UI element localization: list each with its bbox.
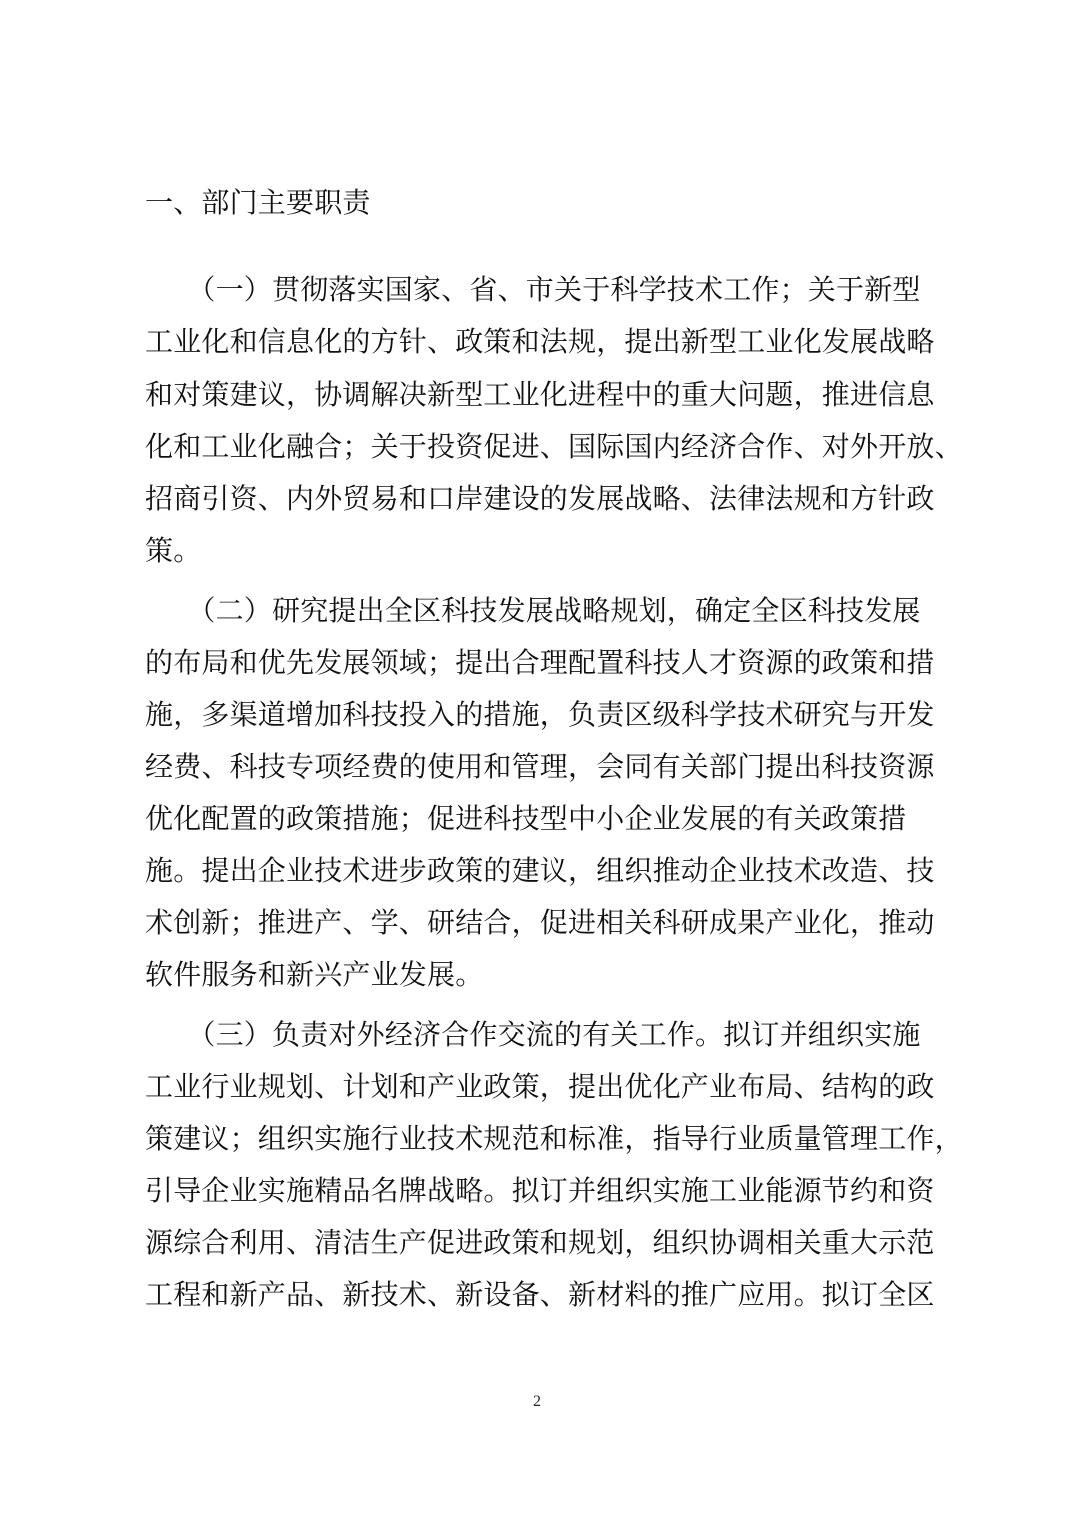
paragraph-1-line-4: 化和工业化融合；关于投资促进、国际国内经济合作、对外开放、 (145, 430, 945, 464)
paragraph-1-line-1: （一）贯彻落实国家、省、市关于科学技术工作；关于新型 (145, 273, 945, 307)
page-number: 2 (0, 1393, 1074, 1411)
document-page: 一、部门主要职责 （一）贯彻落实国家、省、市关于科学技术工作；关于新型 工业化和… (0, 0, 1074, 1520)
paragraph-2-line-8: 软件服务和新兴产业发展。 (145, 958, 945, 992)
paragraph-3-line-6: 工程和新产品、新技术、新设备、新材料的推广应用。拟订全区 (145, 1278, 945, 1312)
section-heading: 一、部门主要职责 (145, 186, 945, 220)
paragraph-2-line-6: 施。提出企业技术进步政策的建议，组织推动企业技术改造、技 (145, 854, 945, 888)
paragraph-2-line-1: （二）研究提出全区科技发展战略规划，确定全区科技发展 (145, 594, 945, 628)
paragraph-2-line-4: 经费、科技专项经费的使用和管理，会同有关部门提出科技资源 (145, 750, 945, 784)
paragraph-3-line-1: （三）负责对外经济合作交流的有关工作。拟订并组织实施 (145, 1018, 945, 1052)
paragraph-1-line-5: 招商引资、内外贸易和口岸建设的发展战略、法律法规和方针政 (145, 482, 945, 516)
paragraph-3-line-2: 工业行业规划、计划和产业政策，提出优化产业布局、结构的政 (145, 1070, 945, 1104)
paragraph-2-line-3: 施，多渠道增加科技投入的措施，负责区级科学技术研究与开发 (145, 698, 945, 732)
paragraph-1-line-2: 工业化和信息化的方针、政策和法规，提出新型工业化发展战略 (145, 325, 945, 359)
paragraph-2-line-5: 优化配置的政策措施；促进科技型中小企业发展的有关政策措 (145, 802, 945, 836)
paragraph-2-line-2: 的布局和优先发展领域；提出合理配置科技人才资源的政策和措 (145, 646, 945, 680)
paragraph-3-line-3: 策建议；组织实施行业技术规范和标准，指导行业质量管理工作， (145, 1122, 945, 1156)
paragraph-1-line-3: 和对策建议，协调解决新型工业化进程中的重大问题，推进信息 (145, 378, 945, 412)
paragraph-2-line-7: 术创新；推进产、学、研结合，促进相关科研成果产业化，推动 (145, 906, 945, 940)
paragraph-3-line-4: 引导企业实施精品名牌战略。拟订并组织实施工业能源节约和资 (145, 1174, 945, 1208)
paragraph-3-line-5: 源综合利用、清洁生产促进政策和规划，组织协调相关重大示范 (145, 1226, 945, 1260)
paragraph-1-line-6: 策。 (145, 534, 945, 568)
